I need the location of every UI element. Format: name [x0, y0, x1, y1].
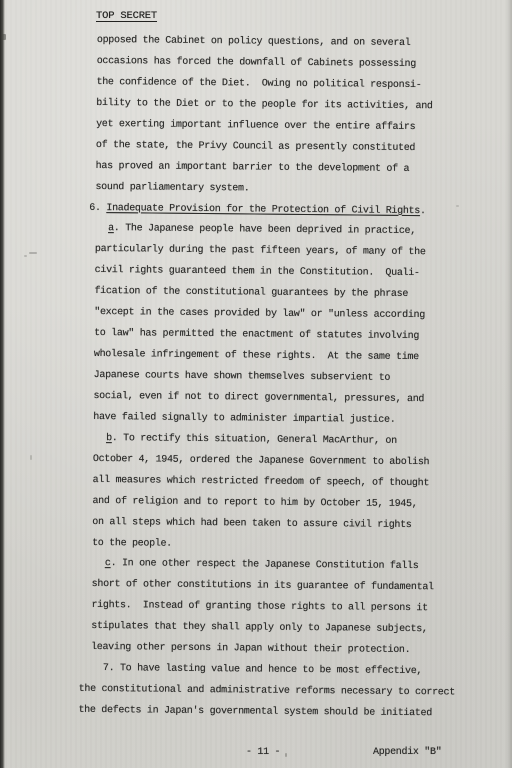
- text-segment: yet exerting important influence over th…: [96, 119, 415, 133]
- scan-speck: [352, 520, 362, 528]
- text-segment: the confidence of the Diet. Owing no pol…: [96, 77, 421, 91]
- text-segment: all measures which restricted freedom of…: [93, 475, 429, 489]
- text-segment: have failed signally to administer impar…: [93, 412, 395, 426]
- scan-speck: [2, 34, 6, 40]
- scan-speck: [285, 753, 287, 757]
- text-segment: and of religion and to report to him by …: [92, 496, 417, 510]
- text-segment: of the state, the Privy Council as prese…: [96, 140, 415, 154]
- text-segment: 6.: [89, 202, 106, 213]
- page-number: - 11 -: [246, 747, 280, 758]
- text-segment: October 4, 1945, ordered the Japanese Go…: [93, 454, 429, 468]
- text-segment: opposed the Cabinet on policy questions,…: [97, 35, 411, 49]
- appendix-label: Appendix "B": [373, 747, 441, 758]
- text-segment: occasions has forced the downfall of Cab…: [97, 56, 416, 70]
- text-line: the defects in Japan's governmental syst…: [0, 700, 506, 726]
- text-segment: leaving other persons in Japan without t…: [91, 642, 410, 656]
- text-segment: fication of the constitutional guarantee…: [94, 286, 408, 300]
- text-segment: civil rights guaranteed them in the Cons…: [95, 265, 420, 279]
- text-segment: Japanese courts have shown themselves su…: [94, 370, 391, 384]
- classification-banner: TOP SECRET: [96, 10, 157, 22]
- text-segment: particularly during the past fifteen yea…: [95, 244, 426, 258]
- text-segment: to the people.: [92, 537, 172, 549]
- text-segment: the constitutional and administrative re…: [79, 684, 455, 699]
- text-segment: to law" has permitted the enactment of s…: [94, 328, 419, 342]
- document-text-block: opposed the Cabinet on policy questions,…: [0, 30, 512, 726]
- text-segment: "except in the cases provided by law" or…: [94, 307, 425, 321]
- text-segment: . In one other respect the Japanese Cons…: [111, 559, 419, 573]
- text-segment: rights. Instead of granting those rights…: [91, 600, 427, 614]
- text-segment: wholesale infringement of these rights. …: [94, 349, 419, 363]
- scan-speck: [29, 252, 37, 254]
- scan-speck: [456, 205, 459, 207]
- text-segment: short of other constitutions in its guar…: [92, 579, 434, 593]
- text-segment: 7. To have lasting value and hence to be…: [103, 663, 422, 677]
- scan-speck: [30, 455, 32, 460]
- text-segment: . The Japanese people have been deprived…: [114, 224, 416, 238]
- document-page: TOP SECRET opposed the Cabinet on policy…: [0, 0, 512, 768]
- text-segment: bility to the Diet or to the people for …: [96, 98, 432, 112]
- text-segment: . To rectify this situation, General Mac…: [112, 433, 397, 447]
- text-segment: sound parliamentary system.: [95, 182, 249, 194]
- text-segment: stipulates that they shall apply only to…: [91, 621, 427, 635]
- text-segment: the defects in Japan's governmental syst…: [78, 705, 432, 719]
- underlined-text: Inadequate Provision for the Protection …: [106, 203, 420, 217]
- text-segment: on all steps which had been taken to ass…: [92, 517, 411, 531]
- scan-speck: [24, 255, 27, 257]
- text-segment: has proved an important barrier to the d…: [96, 161, 410, 175]
- text-segment: .: [420, 206, 426, 217]
- text-segment: social, even if not to direct government…: [93, 391, 424, 405]
